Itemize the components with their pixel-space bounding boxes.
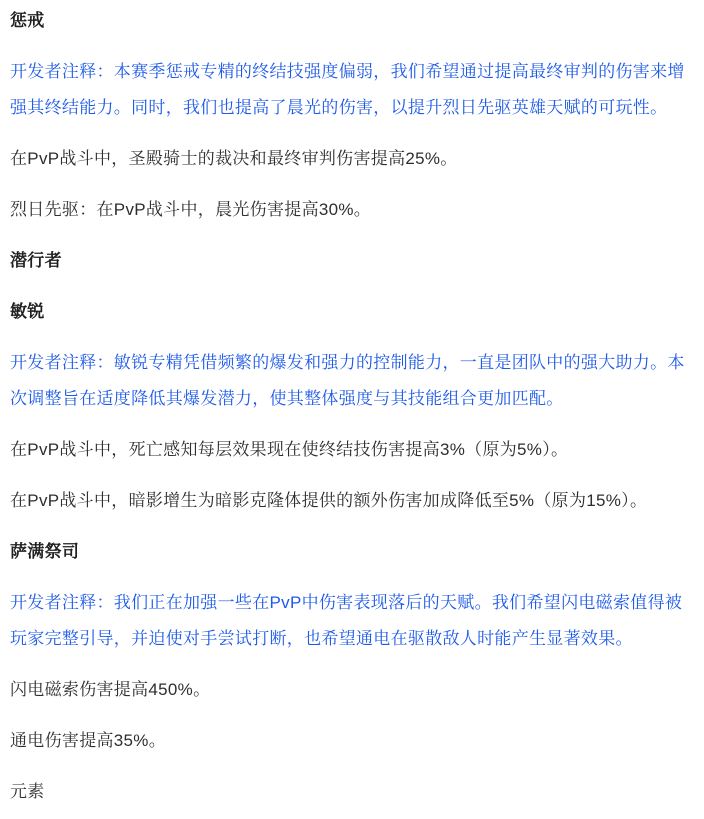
- section-heading-rogue: 潜行者: [10, 243, 690, 279]
- dev-note-shaman: 开发者注释：我们正在加强一些在PvP中伤害表现落后的天赋。我们希望闪电磁索值得被…: [10, 585, 690, 657]
- section-heading-subtlety: 敏锐: [10, 294, 690, 330]
- note-subtlety-death-perception: 在PvP战斗中，死亡感知每层效果现在使终结技伤害提高3%（原为5%）。: [10, 432, 690, 468]
- section-label-elemental: 元素: [10, 774, 690, 810]
- section-heading-retribution: 惩戒: [10, 3, 690, 39]
- note-retribution-herald-of-the-sun: 烈日先驱：在PvP战斗中，晨光伤害提高30%。: [10, 192, 690, 228]
- dev-note-retribution: 开发者注释：本赛季惩戒专精的终结技强度偏弱，我们希望通过提高最终审判的伤害来增强…: [10, 54, 690, 126]
- note-retribution-judgment-buff: 在PvP战斗中，圣殿骑士的裁决和最终审判伤害提高25%。: [10, 141, 690, 177]
- section-heading-shaman: 萨满祭司: [10, 534, 690, 570]
- note-shaman-lightning-lasso: 闪电磁索伤害提高450%。: [10, 672, 690, 708]
- dev-note-subtlety: 开发者注释：敏锐专精凭借频繁的爆发和强力的控制能力，一直是团队中的强大助力。本次…: [10, 345, 690, 417]
- patch-notes-document: 惩戒 开发者注释：本赛季惩戒专精的终结技强度偏弱，我们希望通过提高最终审判的伤害…: [0, 0, 704, 810]
- note-subtlety-shadow-clone: 在PvP战斗中，暗影增生为暗影克隆体提供的额外伤害加成降低至5%（原为15%）。: [10, 483, 690, 519]
- note-shaman-static-charge: 通电伤害提高35%。: [10, 723, 690, 759]
